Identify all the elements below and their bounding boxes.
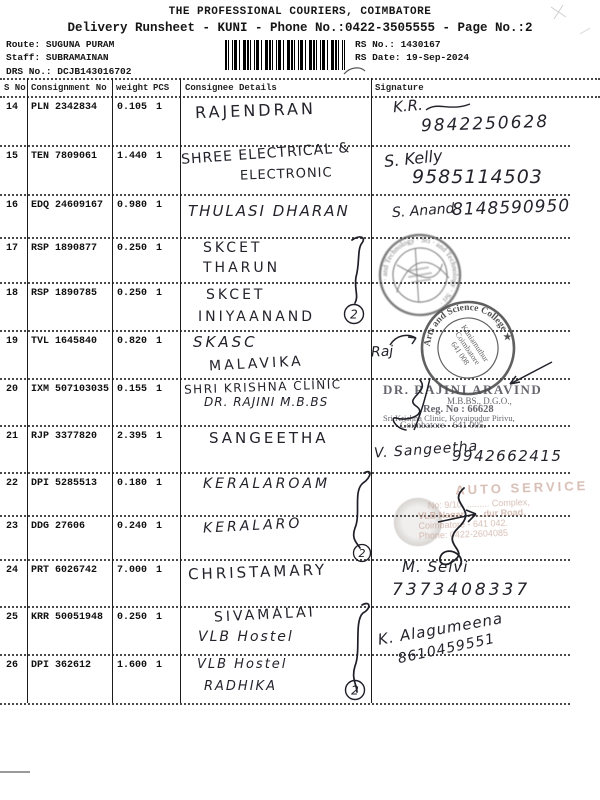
r24-phone: 7373408337 — [392, 580, 530, 600]
r23-pcs: 1 — [156, 521, 162, 532]
r20-consignee-handwriting-2: DR. RAJINI M.B.BS — [204, 395, 328, 409]
row-divider — [0, 237, 570, 239]
group-count-label: 2 — [350, 308, 358, 322]
r26-consignee-handwriting-2: RADHIKA — [204, 679, 277, 694]
runsheet-page: THE PROFESSIONAL COURIERS, COIMBATORE De… — [0, 0, 600, 800]
r22-pcs: 1 — [156, 478, 162, 489]
r23-consignee-handwriting: KERALARO — [203, 515, 303, 536]
stray-mark — [548, 3, 570, 23]
col-header-consignee: Consignee Details — [185, 83, 277, 93]
r17-pcs: 1 — [156, 243, 162, 254]
r21-weight: 2.395 — [117, 431, 147, 442]
r15-pcs: 1 — [156, 151, 162, 162]
r16-consignment: EDQ 24609167 — [31, 200, 103, 211]
r24-signature: M. Selvi — [402, 558, 468, 576]
r16-phone: 8148590950 — [452, 196, 571, 220]
r24-pcs: 1 — [156, 565, 162, 576]
r19-pcs: 1 — [156, 336, 162, 347]
col-header-weight: weight — [116, 83, 148, 93]
r23-sno: 23 — [6, 521, 18, 532]
r17-consignment: RSP 1890877 — [31, 243, 97, 254]
r20-signature-scribble — [386, 372, 506, 436]
r14-consignment: PLN 2342834 — [31, 102, 97, 113]
r26-consignment: DPI 362612 — [31, 660, 91, 671]
r17-weight: 0.250 — [117, 243, 147, 254]
r18-sno: 18 — [6, 288, 18, 299]
r17-consignee-handwriting-2: THARUN — [203, 260, 280, 276]
r26-consignee-handwriting: VLB Hostel — [197, 657, 287, 672]
r21-consignment: RJP 3377820 — [31, 431, 97, 442]
r21-sno: 21 — [6, 431, 18, 442]
r20-consignment: IXM 507103035 — [31, 384, 109, 395]
raj-handwritten-note: Raj — [371, 343, 394, 360]
r20-sno: 20 — [6, 384, 18, 395]
r19-consignee-handwriting-2: MALAVIKA — [209, 354, 304, 375]
r16-consignee-handwriting: THULASI DHARAN — [188, 202, 350, 220]
group-count-label: 2 — [359, 547, 366, 560]
row-divider — [0, 194, 570, 196]
company-title: THE PROFESSIONAL COURIERS, COIMBATORE — [0, 6, 600, 18]
r15-sno: 15 — [6, 151, 18, 162]
r20-arrow-mark — [498, 358, 556, 390]
r17-sno: 17 — [6, 243, 18, 254]
r25-sno: 25 — [6, 612, 18, 623]
r14-phone: 9842250628 — [421, 112, 550, 136]
rs-date-line: RS Date: 19-Sep-2024 — [355, 52, 469, 63]
group-brace-rows22-23: 2 — [334, 466, 376, 562]
r21-consignee-handwriting: SANGEETHA — [209, 429, 329, 447]
r24-sno: 24 — [6, 565, 18, 576]
route-line: Route: SUGUNA PURAM — [6, 39, 114, 50]
r25-weight: 0.250 — [117, 612, 147, 623]
r14-signature: K.R. — [392, 96, 423, 117]
r23-weight: 0.240 — [117, 521, 147, 532]
r18-weight: 0.250 — [117, 288, 147, 299]
row-divider — [0, 654, 570, 656]
table-border-bottom — [0, 703, 570, 705]
runsheet-subtitle: Delivery Runsheet - KUNI - Phone No.:042… — [0, 21, 600, 35]
r26-sno: 26 — [6, 660, 18, 671]
r14-signature-flourish — [424, 100, 474, 114]
r19-consignee-handwriting: SKASC — [193, 333, 258, 351]
col-header-signature: Signature — [375, 83, 424, 93]
row-divider — [0, 472, 570, 474]
r15-phone: 9585114503 — [412, 166, 543, 188]
r21-pcs: 1 — [156, 431, 162, 442]
r22-consignment: DPI 5285513 — [31, 478, 97, 489]
header-row-divider — [0, 96, 600, 98]
r15-consignee-handwriting-2: ELECTRONIC — [240, 165, 333, 183]
r17-consignee-handwriting: SKCET — [203, 240, 262, 256]
arrow-note — [388, 331, 422, 349]
r24-consignee-handwriting: CHRISTAMARY — [188, 561, 328, 584]
r19-consignment: TVL 1645840 — [31, 336, 97, 347]
table-border-top — [0, 78, 600, 80]
rs-number-line: RS No.: 1430167 — [355, 39, 441, 50]
r22-weight: 0.180 — [117, 478, 147, 489]
r14-sno: 14 — [6, 102, 18, 113]
r18-pcs: 1 — [156, 288, 162, 299]
column-divider — [180, 78, 181, 703]
r14-consignee-handwriting: RAJENDRAN — [195, 99, 317, 122]
r24-weight: 7.000 — [117, 565, 147, 576]
r14-weight: 0.105 — [117, 102, 147, 113]
r25-pcs: 1 — [156, 612, 162, 623]
r25-consignee-handwriting-2: VLB Hostel — [198, 629, 294, 645]
r15-consignment: TEN 7809061 — [31, 151, 97, 162]
col-header-s-no: S No — [4, 83, 26, 93]
r21-phone: 9942662415 — [452, 447, 562, 465]
col-header-pcs: PCS — [153, 83, 169, 93]
r20-consignee-handwriting: SHRI KRISHNA CLINIC — [184, 377, 342, 396]
r22-sno: 22 — [6, 478, 18, 489]
drs-number-line: DRS No.: DCJB143016702 — [6, 66, 131, 77]
row-divider — [0, 282, 570, 284]
pen-curve-mark — [342, 65, 368, 77]
r19-sno: 19 — [6, 336, 18, 347]
r16-weight: 0.980 — [117, 200, 147, 211]
r19-weight: 0.820 — [117, 336, 147, 347]
r16-signature: S. Anand — [392, 201, 456, 221]
stray-dash — [0, 771, 30, 773]
r14-pcs: 1 — [156, 102, 162, 113]
stray-mark — [578, 26, 592, 36]
column-divider — [112, 78, 113, 703]
r18-consignee-handwriting-2: INIYAANAND — [198, 309, 315, 325]
group-count-label: 2 — [351, 684, 359, 698]
staff-line: Staff: SUBRAMAINAN — [6, 52, 109, 63]
r20-pcs: 1 — [156, 384, 162, 395]
r18-consignment: RSP 1890785 — [31, 288, 97, 299]
r26-weight: 1.600 — [117, 660, 147, 671]
r15-weight: 1.440 — [117, 151, 147, 162]
runsheet-barcode — [225, 40, 345, 70]
r16-sno: 16 — [6, 200, 18, 211]
r16-pcs: 1 — [156, 200, 162, 211]
r22-consignee-handwriting: KERALAROAM — [203, 476, 330, 492]
r20-weight: 0.155 — [117, 384, 147, 395]
r26-pcs: 1 — [156, 660, 162, 671]
column-divider — [27, 78, 28, 703]
r25-consignment: KRR 50051948 — [31, 612, 103, 623]
col-header-consignment: Consignment No — [31, 83, 107, 93]
r23-consignment: DDG 27606 — [31, 521, 85, 532]
r18-consignee-handwriting: SKCET — [206, 287, 265, 303]
r24-consignment: PRT 6026742 — [31, 565, 97, 576]
group-brace-rows25-26: 2 — [336, 600, 378, 706]
